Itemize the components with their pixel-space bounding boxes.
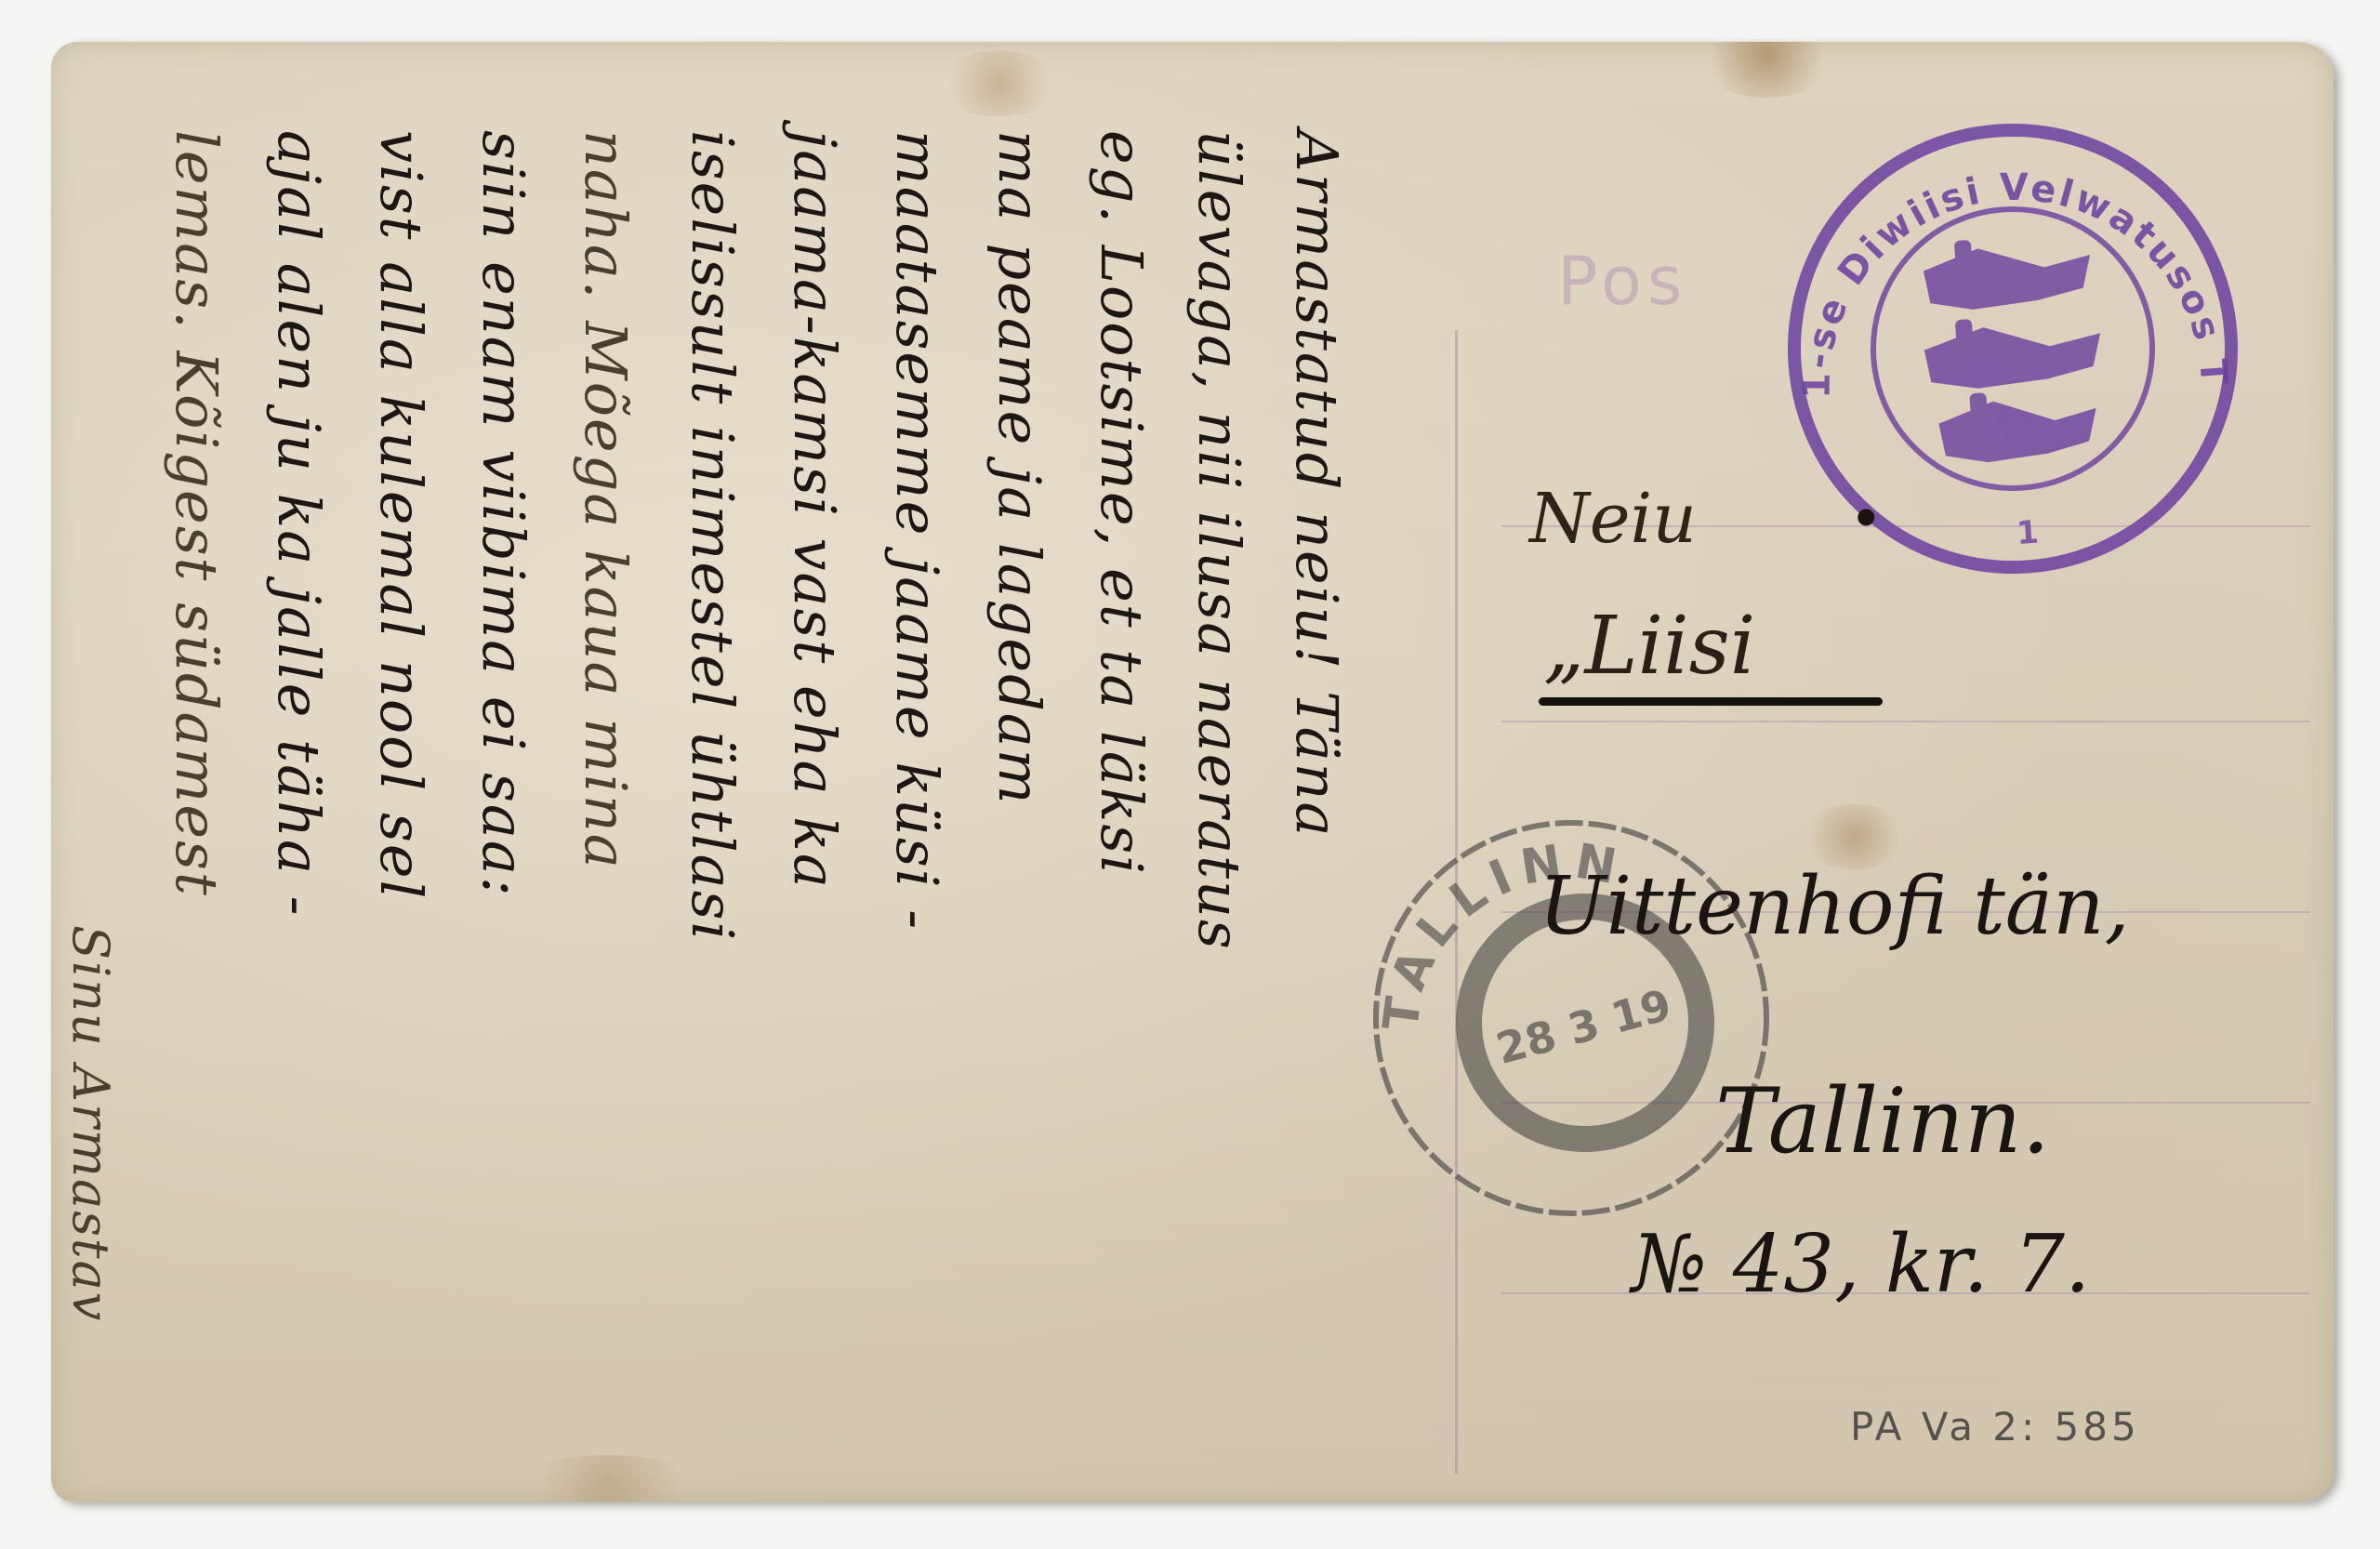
message-line: siin enam viibima ei saa: xyxy=(474,130,532,898)
printed-address-line-2 xyxy=(1501,721,2310,722)
message-line: naha. Mõega kaua mina xyxy=(576,130,634,870)
message-line: iselissult inimestel ühtlasi xyxy=(683,130,741,942)
message-line: Armastatud neiu! Täna xyxy=(1288,130,1345,839)
postmark-date: 28 3 19 xyxy=(1491,979,1677,1074)
message-line: lemas. Kõigest südamest xyxy=(167,130,225,897)
handwritten-message: Armastatud neiu! Täna ülevaga, nii ilusa… xyxy=(51,42,1455,1502)
message-line: vist alla kulemal nool sel xyxy=(372,130,430,900)
signature: Sinu Armastav xyxy=(65,925,115,1322)
stamp-bottom-mark: 1 xyxy=(2016,514,2040,553)
three-lions-coat-of-arms-icon xyxy=(1917,232,2109,467)
message-line: eg. Lootsime, et ta läksi xyxy=(1092,130,1150,876)
printed-postkaart-heading: Pos xyxy=(1557,242,1687,320)
address-salutation: Neiu xyxy=(1529,479,1697,559)
address-name: „Liisi xyxy=(1543,600,1755,693)
name-underline xyxy=(1539,697,1883,706)
message-line: ülevaga, nii ilusa naeratus xyxy=(1190,130,1248,951)
address-house-number: № 43, kr. 7. xyxy=(1632,1218,2090,1311)
message-line: ma peame ja lagedam xyxy=(990,130,1048,806)
postcard: Pos Armastatud neiu! Täna ülevaga, nii i… xyxy=(51,42,2334,1502)
stain-top xyxy=(1697,42,1836,98)
message-line: maatasemme jaame küsi - xyxy=(888,130,945,931)
address-city: Tallinn. xyxy=(1715,1069,2050,1173)
address-street: Uittenhofi tän, xyxy=(1539,860,2130,953)
military-unit-stamp: 1-se Diwiisi Velwatusos Töökoda 1 xyxy=(1754,90,2270,606)
archive-reference: PA Va 2: 585 xyxy=(1850,1404,2140,1450)
scan-background: Pos Armastatud neiu! Täna ülevaga, nii i… xyxy=(0,0,2380,1549)
message-line: jaama-kamsi vast eha ka xyxy=(786,130,843,890)
message-line: ajal alen ju ka jalle täha - xyxy=(270,130,327,918)
